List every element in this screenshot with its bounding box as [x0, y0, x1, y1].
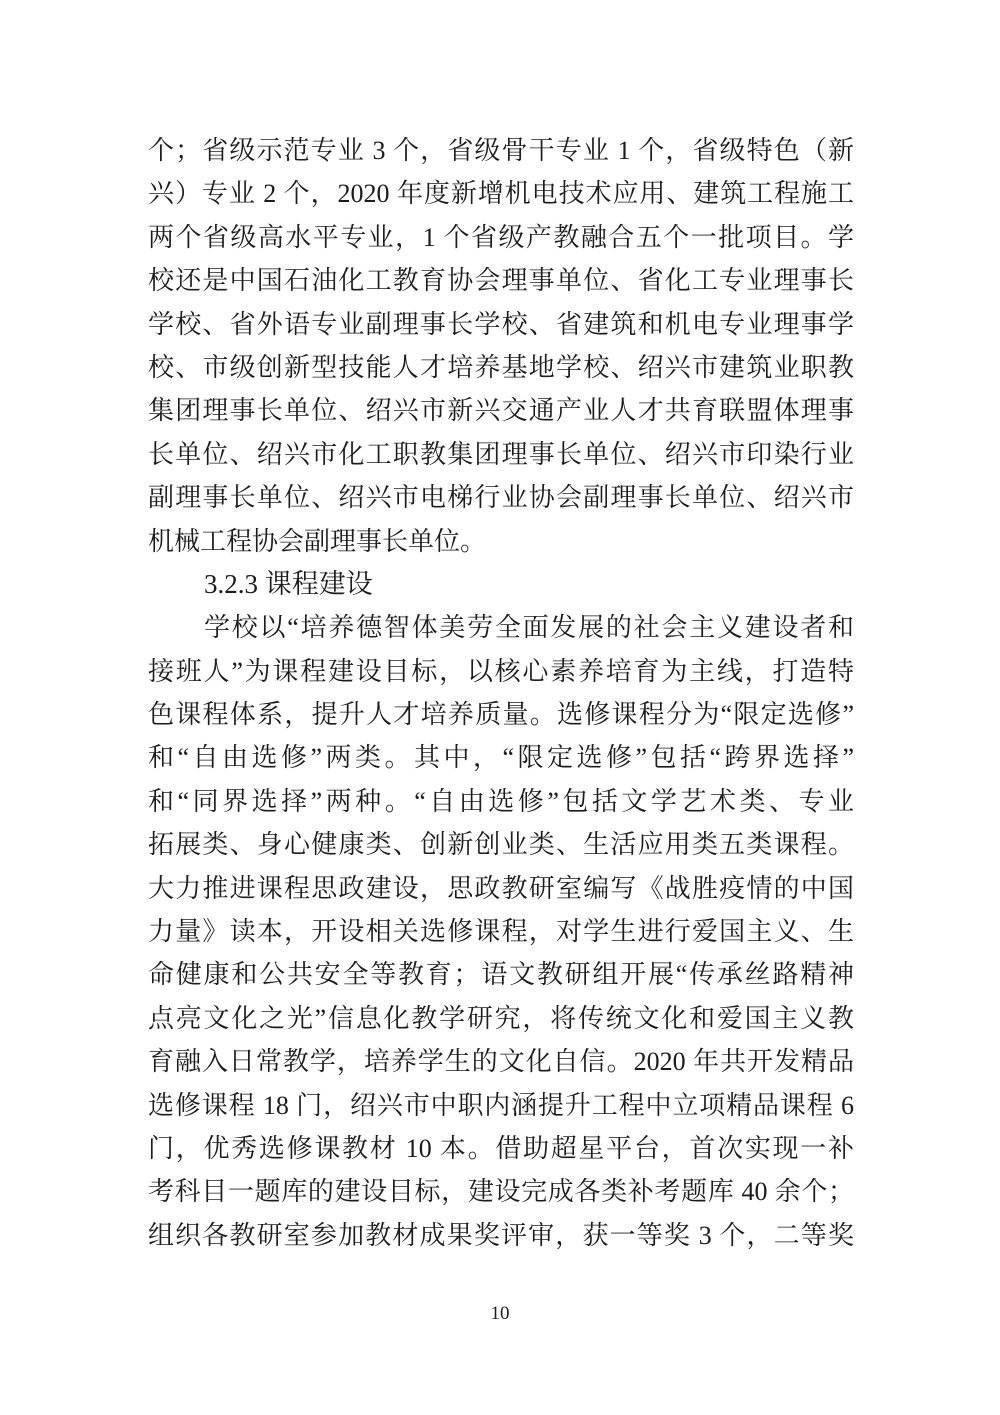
body-line: 校还是中国石油化工教育协会理事单位、省化工专业理事长 [148, 259, 854, 302]
body-line: 接班人”为课程建设目标，以核心素养培育为主线，打造特 [148, 650, 854, 693]
body-line: 和“同界选择”两种。“自由选修”包括文学艺术类、专业 [148, 780, 854, 823]
section-heading: 3.2.3 课程建设 [148, 563, 854, 606]
body-line: 点亮文化之光”信息化教学研究，将传统文化和爱国主义教 [148, 997, 854, 1040]
body-line: 长单位、绍兴市化工职教集团理事长单位、绍兴市印染行业 [148, 433, 854, 476]
page-footer: 10 [0, 1303, 1000, 1325]
body-line: 副理事长单位、绍兴市电梯行业协会副理事长单位、绍兴市 [148, 476, 854, 519]
body-line: 命健康和公共安全等教育；语文教研组开展“传承丝路精神 [148, 953, 854, 996]
body-line: 大力推进课程思政建设，思政教研室编写《战胜疫情的中国 [148, 867, 854, 910]
body-line: 和“自由选修”两类。其中，“限定选修”包括“跨界选择” [148, 736, 854, 779]
body-line: 色课程体系，提升人才培养质量。选修课程分为“限定选修” [148, 693, 854, 736]
paragraph-continuation: 个；省级示范专业 3 个，省级骨干专业 1 个，省级特色（新兴）专业 2 个，2… [148, 129, 854, 563]
body-line: 组织各教研室参加教材成果奖评审，获一等奖 3 个，二等奖 [148, 1214, 854, 1257]
body-line: 集团理事长单位、绍兴市新兴交通产业人才共育联盟体理事 [148, 389, 854, 432]
body-line: 拓展类、身心健康类、创新创业类、生活应用类五类课程。 [148, 823, 854, 866]
body-line: 选修课程 18 门，绍兴市中职内涵提升工程中立项精品课程 6 [148, 1084, 854, 1127]
document-page: 个；省级示范专业 3 个，省级骨干专业 1 个，省级特色（新兴）专业 2 个，2… [0, 0, 1000, 1415]
body-line: 校、市级创新型技能人才培养基地学校、绍兴市建筑业职教 [148, 346, 854, 389]
document-body: 个；省级示范专业 3 个，省级骨干专业 1 个，省级特色（新兴）专业 2 个，2… [148, 129, 854, 1257]
body-line: 力量》读本，开设相关选修课程，对学生进行爱国主义、生 [148, 910, 854, 953]
page-number: 10 [491, 1303, 510, 1324]
body-line: 考科目一题库的建设目标，建设完成各类补考题库 40 余个； [148, 1170, 854, 1213]
section-paragraph-course-construction: 学校以“培养德智体美劳全面发展的社会主义建设者和接班人”为课程建设目标，以核心素… [148, 606, 854, 1257]
body-line: 机械工程协会副理事长单位。 [148, 520, 854, 563]
body-line: 两个省级高水平专业，1 个省级产教融合五个一批项目。学 [148, 216, 854, 259]
body-line: 学校以“培养德智体美劳全面发展的社会主义建设者和 [148, 606, 854, 649]
body-line: 学校、省外语专业副理事长学校、省建筑和机电专业理事学 [148, 303, 854, 346]
body-line: 兴）专业 2 个，2020 年度新增机电技术应用、建筑工程施工 [148, 172, 854, 215]
body-line: 育融入日常教学，培养学生的文化自信。2020 年共开发精品 [148, 1040, 854, 1083]
body-line: 个；省级示范专业 3 个，省级骨干专业 1 个，省级特色（新 [148, 129, 854, 172]
body-line: 门，优秀选修课教材 10 本。借助超星平台，首次实现一补 [148, 1127, 854, 1170]
